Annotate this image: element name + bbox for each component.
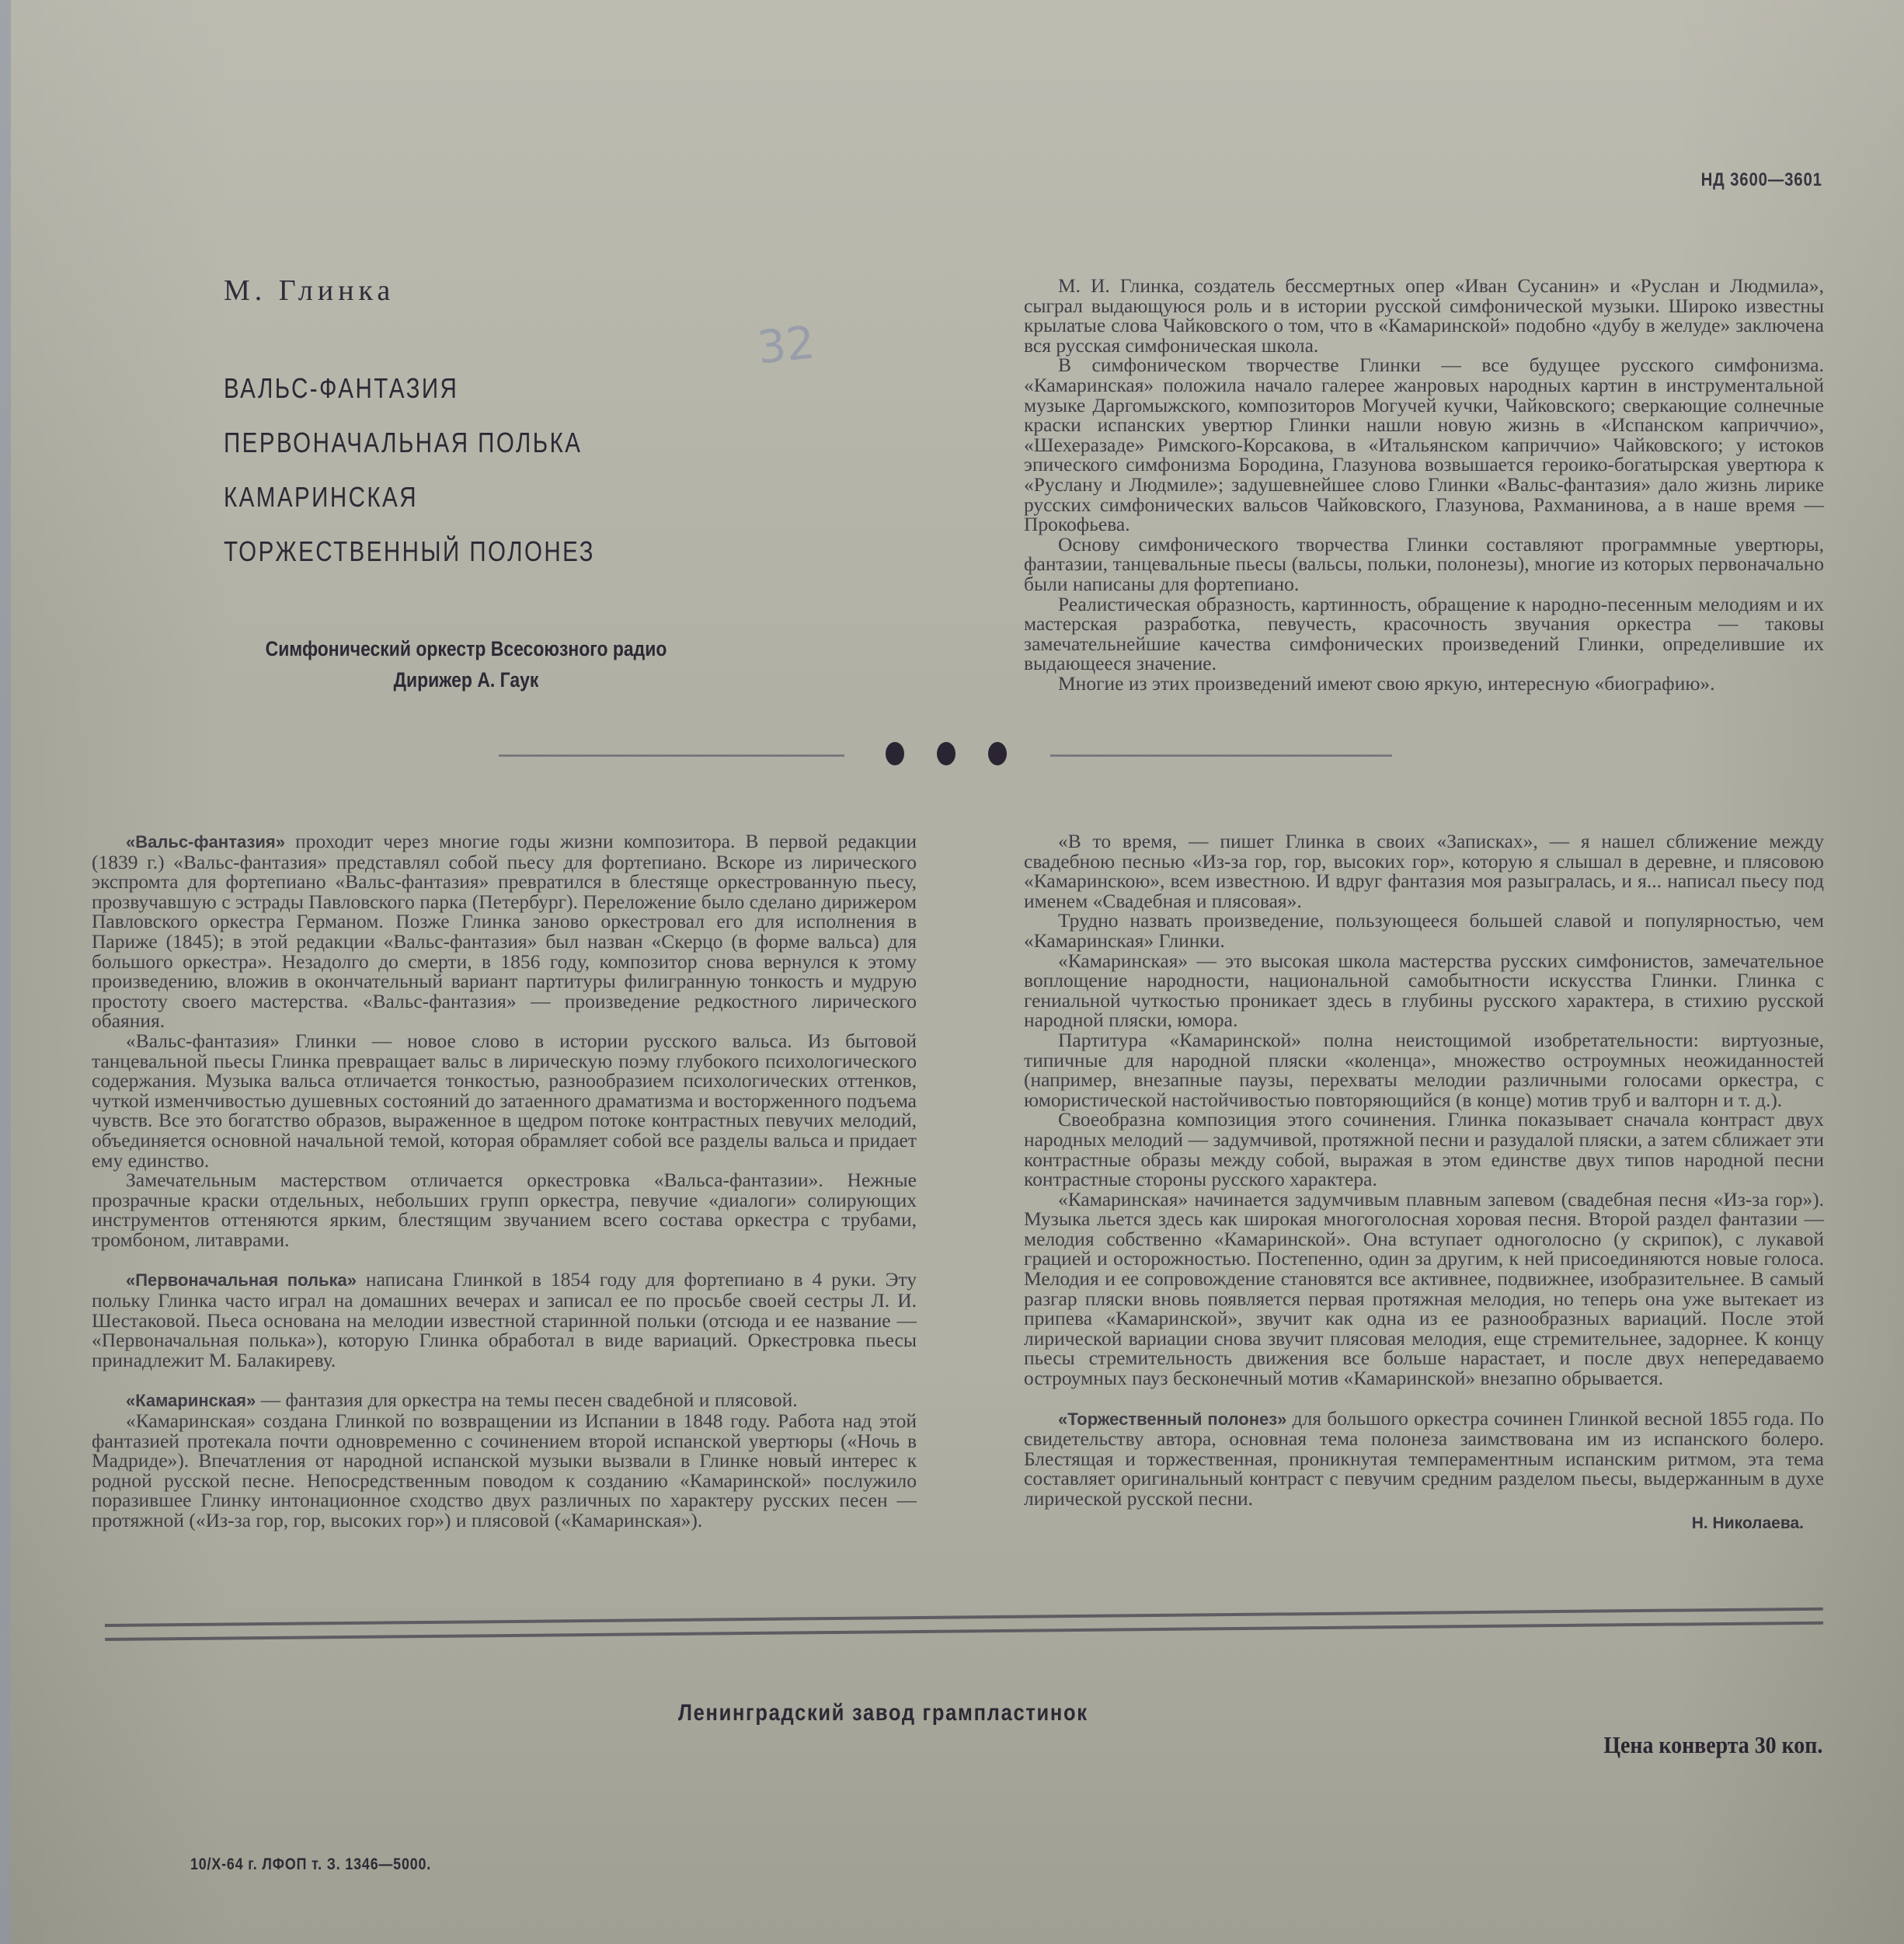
- piece-title: «Первоначальная полька»: [126, 1270, 357, 1290]
- track-title: ВАЛЬС-ФАНТАЗИЯ: [224, 373, 595, 427]
- conductor-name: Дирижер А. Гаук: [258, 664, 674, 695]
- paragraph-text: Своеобразна композиция этого сочинения. …: [1024, 1108, 1824, 1190]
- track-title: ТОРЖЕСТВЕННЫЙ ПОЛОНЕЗ: [224, 536, 595, 591]
- notes-paragraph: Партитура «Камаринской» полна неистощимо…: [1024, 1030, 1824, 1110]
- notes-paragraph: «Камаринская» — это высокая школа мастер…: [1024, 951, 1824, 1030]
- orchestra-name: Симфонический оркестр Всесоюзного радио: [258, 633, 674, 664]
- notes-paragraph: Трудно назвать произведение, пользующеес…: [1024, 911, 1824, 950]
- paragraph-text: «Вальс-фантазия» Глинки — новое слово в …: [92, 1029, 917, 1172]
- dot-icon: [988, 742, 1007, 765]
- performer-credits: Симфонический оркестр Всесоюзного радио …: [221, 633, 711, 695]
- paragraph-text: «Камаринская» — это высокая школа мастер…: [1024, 949, 1824, 1032]
- piece-title: «Камаринская»: [126, 1391, 256, 1410]
- notes-paragraph: Своеобразна композиция этого сочинения. …: [1024, 1110, 1824, 1189]
- notes-paragraph: «Торжественный полонез» для большого орк…: [1024, 1409, 1824, 1509]
- track-title: КАМАРИНСКАЯ: [224, 482, 595, 536]
- notes-paragraph: «Камаринская» создана Глинкой по возвращ…: [92, 1411, 917, 1531]
- notes-paragraph: «Камаринская» начинается задумчивым плав…: [1024, 1190, 1824, 1388]
- piece-title: «Вальс-фантазия»: [126, 832, 285, 852]
- notes-paragraph: «Первоначальная полька» написана Глинкой…: [92, 1270, 917, 1370]
- paragraph-text: проходит через многие годы жизни компози…: [92, 830, 917, 1032]
- track-title: ПЕРВОНАЧАЛЬНАЯ ПОЛЬКА: [224, 427, 595, 482]
- notes-paragraph: «Вальс-фантазия» Глинки — новое слово в …: [92, 1031, 917, 1170]
- piece-title: «Торжественный полонез»: [1058, 1409, 1286, 1429]
- notes-paragraph: «Камаринская» — фантазия для оркестра на…: [92, 1390, 917, 1411]
- composer-name: М. Глинка: [224, 273, 395, 308]
- intro-paragraph: Реалистическая образность, картинность, …: [1024, 594, 1824, 674]
- paragraph-text: — фантазия для оркестра на темы песен св…: [256, 1388, 797, 1411]
- notes-paragraph: «В то время, — пишет Глинка в своих «Зап…: [1024, 831, 1824, 911]
- paragraph-text: «Камаринская» создана Глинкой по возвращ…: [92, 1409, 917, 1531]
- divider-line: [499, 754, 844, 757]
- print-info: 10/X-64 г. ЛФОП т. З. 1346—5000.: [190, 1855, 431, 1874]
- intro-paragraph: М. И. Глинка, создатель бессмертных опер…: [1024, 276, 1824, 355]
- dot-icon: [886, 742, 904, 765]
- notes-left-column: «Вальс-фантазия» проходит через многие г…: [92, 831, 917, 1531]
- intro-text: М. И. Глинка, создатель бессмертных опер…: [1024, 276, 1824, 693]
- double-rule: [105, 1608, 1823, 1641]
- intro-paragraph: Основу симфонического творчества Глинки …: [1024, 535, 1824, 594]
- divider-line: [1050, 754, 1392, 757]
- track-list: ВАЛЬС-ФАНТАЗИЯ ПЕРВОНАЧАЛЬНАЯ ПОЛЬКА КАМ…: [224, 373, 677, 591]
- notes-paragraph: «Вальс-фантазия» проходит через многие г…: [92, 831, 917, 1031]
- record-sleeve-back: НД 3600—3601 М. Глинка 32 ВАЛЬС-ФАНТАЗИЯ…: [0, 0, 1904, 1944]
- paragraph-text: «В то время, — пишет Глинка в своих «Зап…: [1024, 830, 1824, 912]
- dot-icon: [937, 742, 955, 765]
- notes-right-column: «В то время, — пишет Глинка в своих «Зап…: [1024, 831, 1824, 1533]
- intro-paragraph: Многие из этих произведений имеют свою я…: [1024, 674, 1824, 694]
- paragraph-text: Трудно назвать произведение, пользующеес…: [1024, 909, 1824, 952]
- paragraph-text: Партитура «Камаринской» полна неистощимо…: [1024, 1029, 1824, 1111]
- notes-paragraph: Замечательным мастерством отличается орк…: [92, 1170, 917, 1249]
- paragraph-text: Замечательным мастерством отличается орк…: [92, 1169, 917, 1251]
- sleeve-edge: [0, 0, 11, 1944]
- paragraph-text: «Камаринская» начинается задумчивым плав…: [1024, 1188, 1824, 1389]
- catalog-number: НД 3600—3601: [1701, 169, 1822, 191]
- three-dots-ornament-icon: [886, 742, 1007, 765]
- manufacturer: Ленинградский завод грампластинок: [678, 1700, 1088, 1726]
- author-signature: Н. Николаева.: [1024, 1514, 1824, 1534]
- intro-paragraph: В симфоническом творчестве Глинки — все …: [1024, 355, 1824, 534]
- pencil-mark: 32: [755, 315, 818, 374]
- sleeve-price: Цена конверта 30 коп.: [1603, 1731, 1822, 1759]
